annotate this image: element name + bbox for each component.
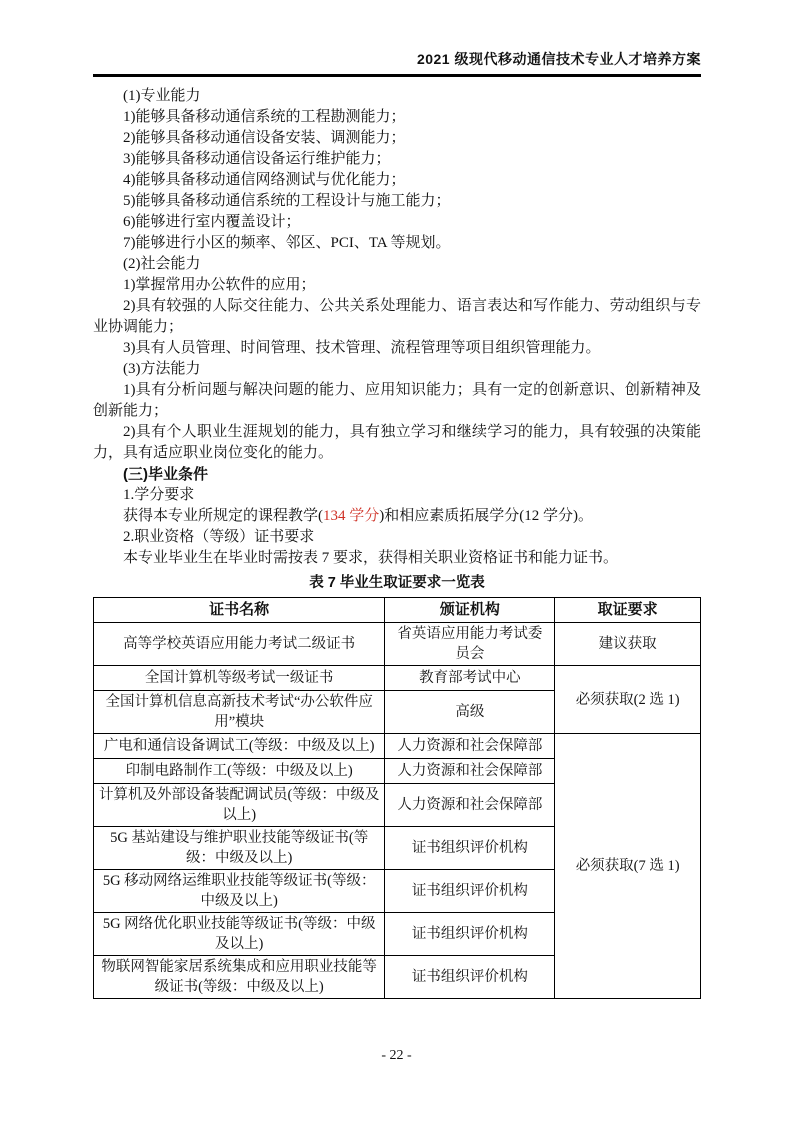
paragraph: 2)具有较强的人际交往能力、公共关系处理能力、语言表达和写作能力、劳动组织与专业… [93,296,701,338]
table-cell: 建议获取 [555,623,701,666]
paragraph-text: (1)专业能力 [123,88,201,104]
table-cell: 证书组织评价机构 [385,913,555,956]
table-cell: 人力资源和社会保障部 [385,734,555,759]
table-cell: 印制电路制作工(等级：中级及以上) [94,759,385,784]
paragraph: 1.学分要求 [93,485,701,506]
paragraph-text: 本专业毕业生在毕业时需按表 7 要求，获得相关职业资格证书和能力证书。 [123,550,618,566]
table-cell: 必须获取(2 选 1) [555,666,701,734]
table-cell: 5G 移动网络运维职业技能等级证书(等级：中级及以上) [94,870,385,913]
table-cell: 必须获取(7 选 1) [555,734,701,999]
paragraph-text: (3)方法能力 [123,361,201,377]
table-cell: 证书组织评价机构 [385,870,555,913]
paragraph: 7)能够进行小区的频率、邻区、PCI、TA 等规划。 [93,233,701,254]
header-title: 2021 级现代移动通信技术专业人才培养方案 [93,50,701,68]
document-page: 2021 级现代移动通信技术专业人才培养方案 (1)专业能力1)能够具备移动通信… [0,0,793,1122]
table-row: 高等学校英语应用能力考试二级证书省英语应用能力考试委员会建议获取 [94,623,701,666]
section-heading: (三)毕业条件 [93,464,701,485]
table-row: 广电和通信设备调试工(等级：中级及以上)人力资源和社会保障部必须获取(7 选 1… [94,734,701,759]
paragraph: 2)具有个人职业生涯规划的能力，具有独立学习和继续学习的能力，具有较强的决策能力… [93,422,701,464]
paragraph: 3)具有人员管理、时间管理、技术管理、流程管理等项目组织管理能力。 [93,338,701,359]
page-header: 2021 级现代移动通信技术专业人才培养方案 [93,50,701,77]
table-cell: 广电和通信设备调试工(等级：中级及以上) [94,734,385,759]
table-cell: 5G 基站建设与维护职业技能等级证书(等级：中级及以上) [94,827,385,870]
paragraph-text: 5)能够具备移动通信系统的工程设计与施工能力； [123,193,451,209]
table-cell: 高级 [385,691,555,734]
paragraph-text: 1)具有分析问题与解决问题的能力、应用知识能力；具有一定的创新意识、创新精神及创… [93,382,701,419]
paragraph-text: 1.学分要求 [123,487,194,503]
paragraph: 2.职业资格（等级）证书要求 [93,527,701,548]
table-head: 证书名称颁证机构取证要求 [94,598,701,623]
page-footer: - 22 - [0,1048,793,1064]
table-body: 高等学校英语应用能力考试二级证书省英语应用能力考试委员会建议获取全国计算机等级考… [94,623,701,999]
table-cell: 计算机及外部设备装配调试员(等级：中级及以上) [94,784,385,827]
paragraph: 2)能够具备移动通信设备安装、调测能力； [93,128,701,149]
paragraph: (1)专业能力 [93,86,701,107]
paragraph: 3)能够具备移动通信设备运行维护能力； [93,149,701,170]
paragraph: 1)能够具备移动通信系统的工程勘测能力； [93,107,701,128]
table-cell: 物联网智能家居系统集成和应用职业技能等级证书(等级：中级及以上) [94,956,385,999]
page-number: - 22 - [381,1048,411,1063]
table-header-cell: 证书名称 [94,598,385,623]
document-body: (1)专业能力1)能够具备移动通信系统的工程勘测能力；2)能够具备移动通信设备安… [93,86,701,569]
paragraph-text: (三)毕业条件 [123,466,208,483]
table-cell: 证书组织评价机构 [385,827,555,870]
paragraph-text: 7)能够进行小区的频率、邻区、PCI、TA 等规划。 [123,235,451,251]
paragraph-text: 2)具有个人职业生涯规划的能力，具有独立学习和继续学习的能力，具有较强的决策能力… [93,424,701,461]
table-header-cell: 取证要求 [555,598,701,623]
paragraph-text: 2.职业资格（等级）证书要求 [123,529,314,545]
table-cell: 人力资源和社会保障部 [385,759,555,784]
certificate-requirements-table: 证书名称颁证机构取证要求 高等学校英语应用能力考试二级证书省英语应用能力考试委员… [93,597,701,999]
paragraph: 1)掌握常用办公软件的应用； [93,275,701,296]
table-header-cell: 颁证机构 [385,598,555,623]
paragraph-text: 2)具有较强的人际交往能力、公共关系处理能力、语言表达和写作能力、劳动组织与专业… [93,298,701,335]
table-cell: 省英语应用能力考试委员会 [385,623,555,666]
table-cell: 5G 网络优化职业技能等级证书(等级：中级及以上) [94,913,385,956]
table-cell: 全国计算机等级考试一级证书 [94,666,385,691]
table-caption: 表 7 毕业生取证要求一览表 [93,573,701,593]
paragraph-text: 获得本专业所规定的课程教学( [123,508,323,524]
table-cell: 全国计算机信息高新技术考试“办公软件应用”模块 [94,691,385,734]
table-row: 全国计算机等级考试一级证书教育部考试中心必须获取(2 选 1) [94,666,701,691]
paragraph: 5)能够具备移动通信系统的工程设计与施工能力； [93,191,701,212]
paragraph: 获得本专业所规定的课程教学(134 学分)和相应素质拓展学分(12 学分)。 [93,506,701,527]
paragraph: 6)能够进行室内覆盖设计； [93,212,701,233]
highlighted-credit-value: 134 学分 [323,508,379,524]
table-cell: 教育部考试中心 [385,666,555,691]
paragraph-text: 4)能够具备移动通信网络测试与优化能力； [123,172,406,188]
paragraph-text: 1)掌握常用办公软件的应用； [123,277,316,293]
paragraph-text: 1)能够具备移动通信系统的工程勘测能力； [123,109,406,125]
paragraph-text: 3)具有人员管理、时间管理、技术管理、流程管理等项目组织管理能力。 [123,340,601,356]
header-rule [93,74,701,77]
paragraph: (2)社会能力 [93,254,701,275]
paragraph: 1)具有分析问题与解决问题的能力、应用知识能力；具有一定的创新意识、创新精神及创… [93,380,701,422]
paragraph-text: 6)能够进行室内覆盖设计； [123,214,301,230]
table-header-row: 证书名称颁证机构取证要求 [94,598,701,623]
paragraph: (3)方法能力 [93,359,701,380]
paragraph: 本专业毕业生在毕业时需按表 7 要求，获得相关职业资格证书和能力证书。 [93,548,701,569]
paragraph-text: (2)社会能力 [123,256,201,272]
table-cell: 高等学校英语应用能力考试二级证书 [94,623,385,666]
paragraph-text: )和相应素质拓展学分(12 学分)。 [379,508,593,524]
paragraph: 4)能够具备移动通信网络测试与优化能力； [93,170,701,191]
paragraph-text: 2)能够具备移动通信设备安装、调测能力； [123,130,406,146]
table-cell: 人力资源和社会保障部 [385,784,555,827]
table-cell: 证书组织评价机构 [385,956,555,999]
paragraph-text: 3)能够具备移动通信设备运行维护能力； [123,151,391,167]
